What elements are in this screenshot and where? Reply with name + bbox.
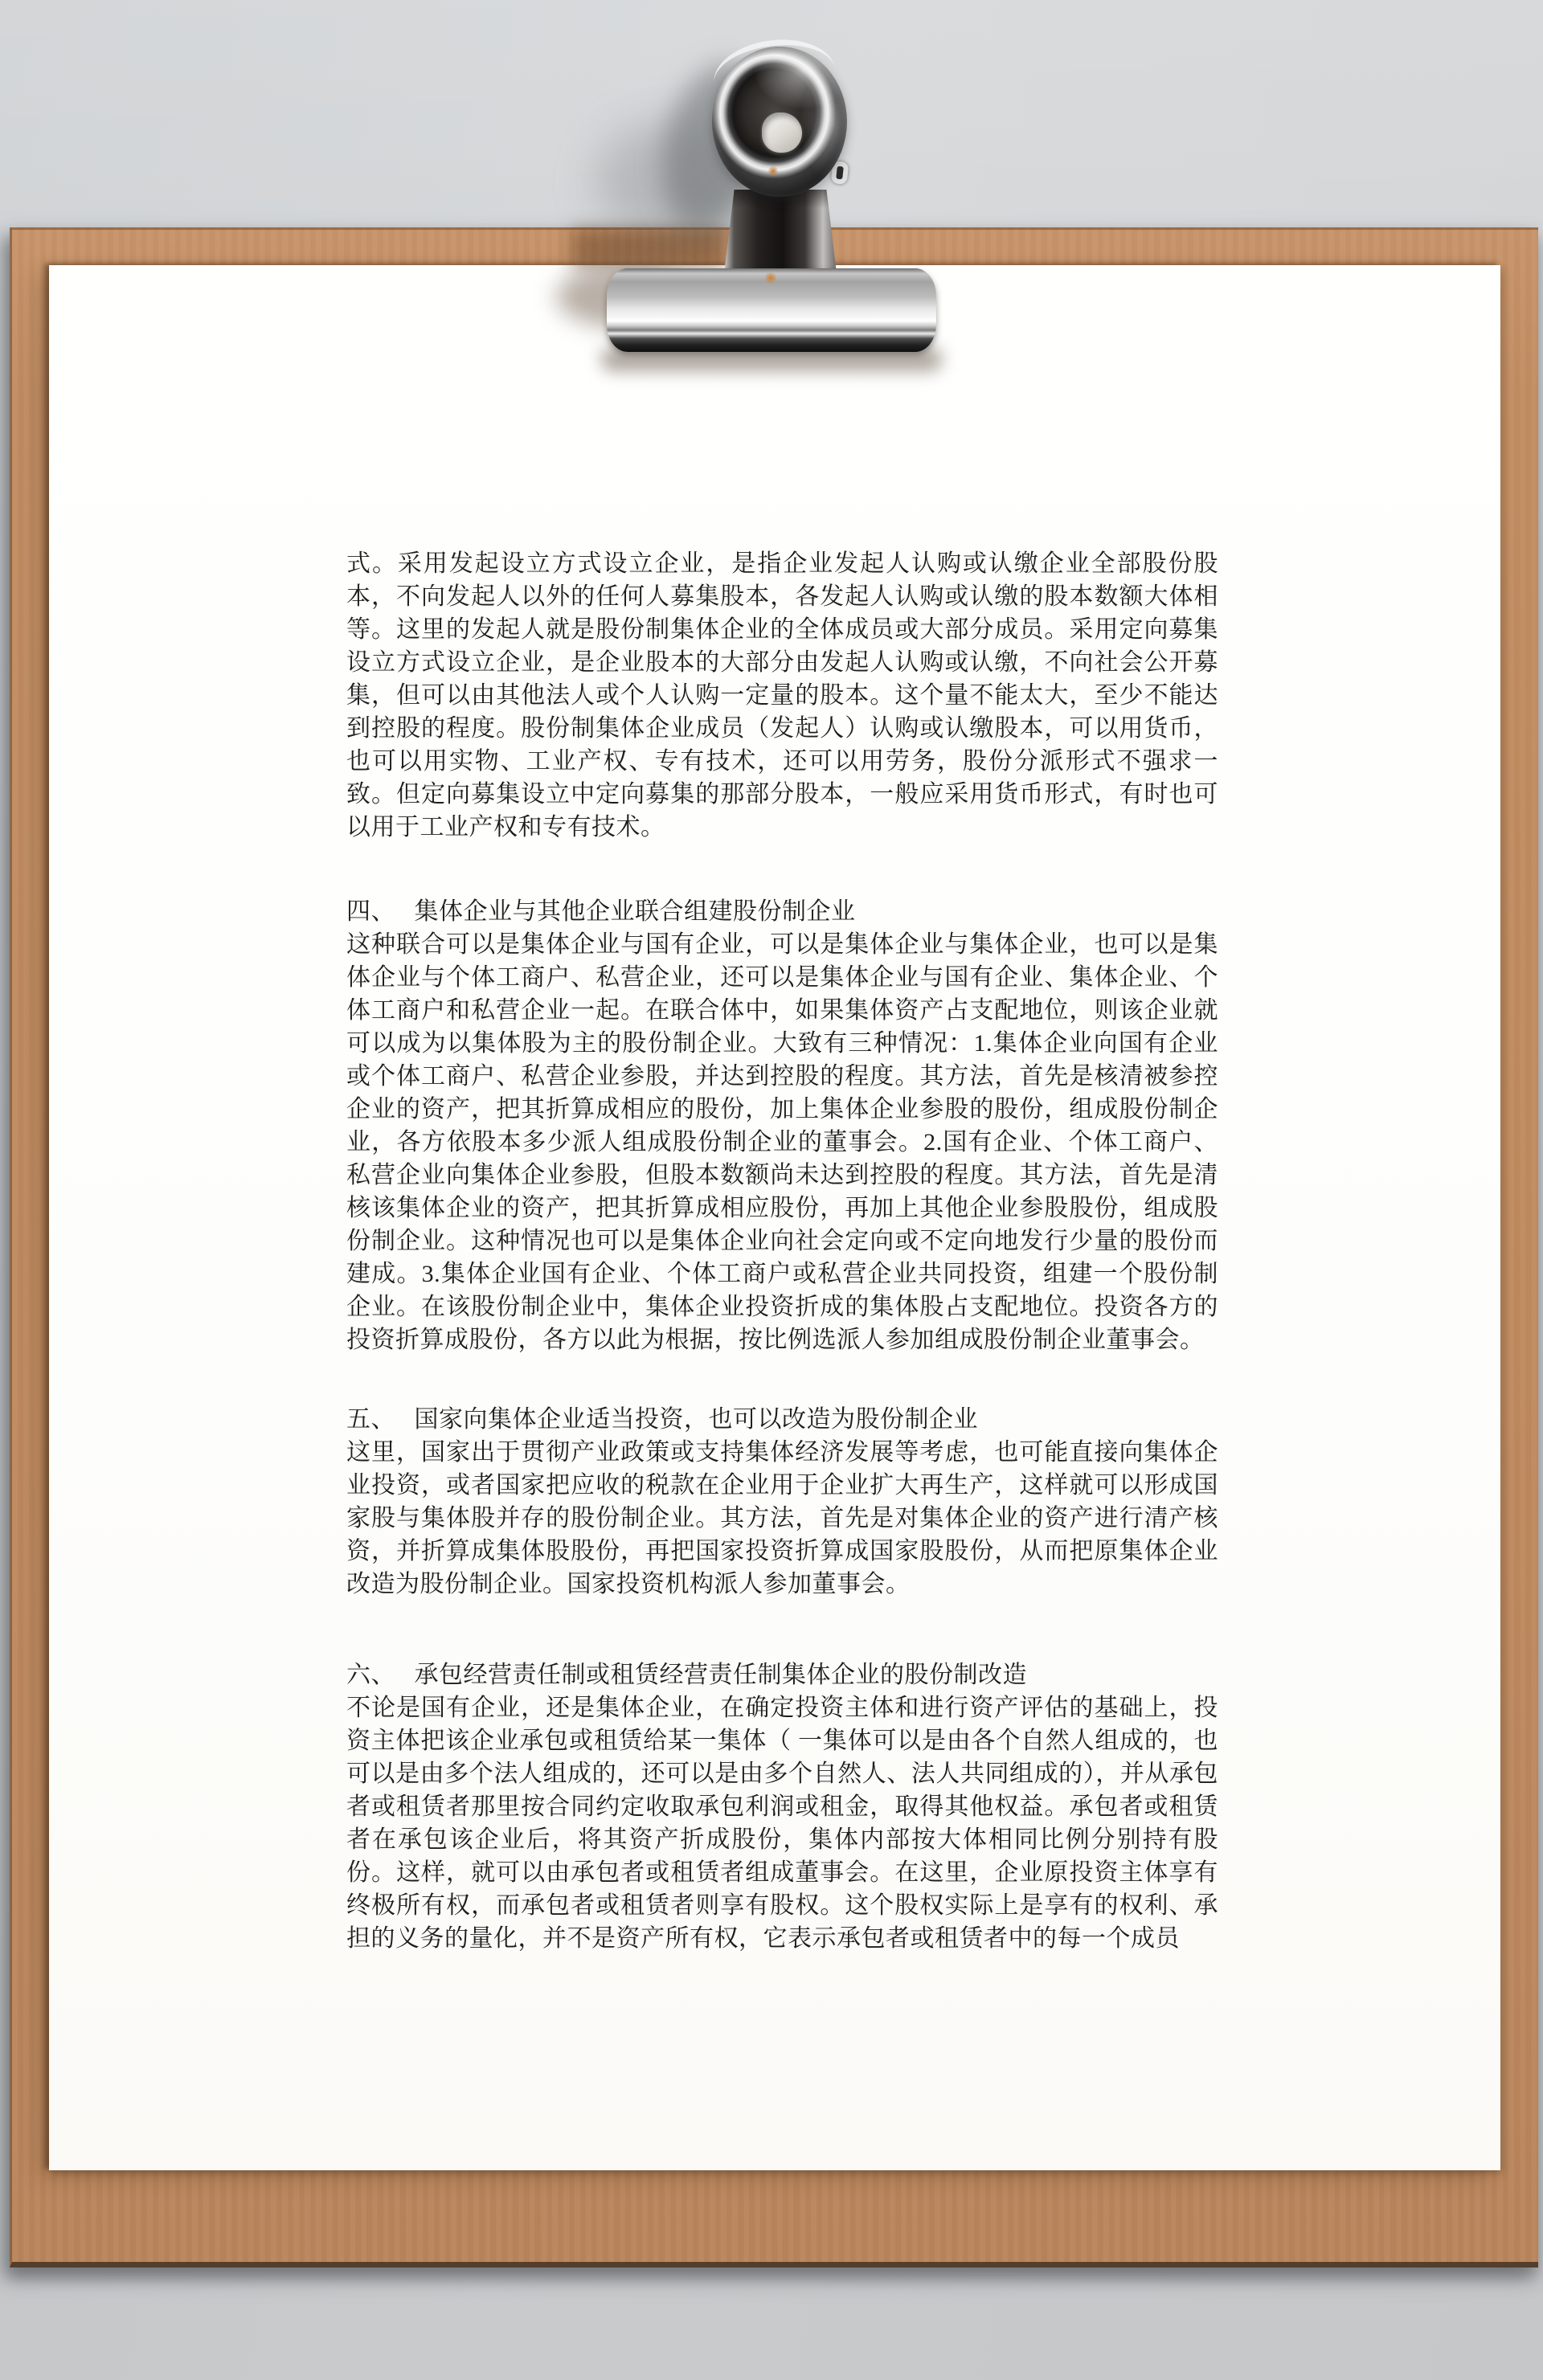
clip-reflection-dot bbox=[768, 166, 778, 177]
paragraph-setup-methods: 式。采用发起设立方式设立企业，是指企业发起人认购或认缴企业全部股份股本，不向发起… bbox=[346, 547, 1218, 844]
paragraph-section-4: 这种联合可以是集体企业与国有企业，可以是集体企业与集体企业，也可以是集体企业与个… bbox=[346, 928, 1218, 1356]
section-heading-5: 五、 国家向集体企业适当投资，也可以改造为股份制企业 bbox=[346, 1403, 1218, 1436]
clip-neck bbox=[724, 190, 837, 273]
paper-sheet: 式。采用发起设立方式设立企业，是指企业发起人认购或认缴企业全部股份股本，不向发起… bbox=[49, 265, 1500, 2170]
section-heading-4: 四、 集体企业与其他企业联合组建股份制企业 bbox=[346, 895, 1218, 928]
document-text: 式。采用发起设立方式设立企业，是指企业发起人认购或认缴企业全部股份股本，不向发起… bbox=[346, 547, 1218, 1955]
section-heading-6: 六、 承包经营责任制或租赁经营责任制集体企业的股份制改造 bbox=[346, 1658, 1218, 1691]
scene: { "scene": { "colors": { "background_gra… bbox=[0, 0, 1543, 2380]
clipboard-board: 式。采用发起设立方式设立企业，是指企业发起人认购或认缴企业全部股份股本，不向发起… bbox=[10, 227, 1538, 2268]
paragraph-section-6: 不论是国有企业，还是集体企业，在确定投资主体和进行资产评估的基础上，投资主体把该… bbox=[346, 1691, 1218, 1955]
paragraph-section-5: 这里，国家出于贯彻产业政策或支持集体经济发展等考虑，也可能直接向集体企业投资，或… bbox=[346, 1436, 1218, 1601]
clip-reflection-dot bbox=[765, 272, 776, 284]
clip-knob-hole bbox=[762, 112, 802, 153]
background: 式。采用发起设立方式设立企业，是指企业发起人认购或认缴企业全部股份股本，不向发起… bbox=[0, 0, 1543, 2380]
